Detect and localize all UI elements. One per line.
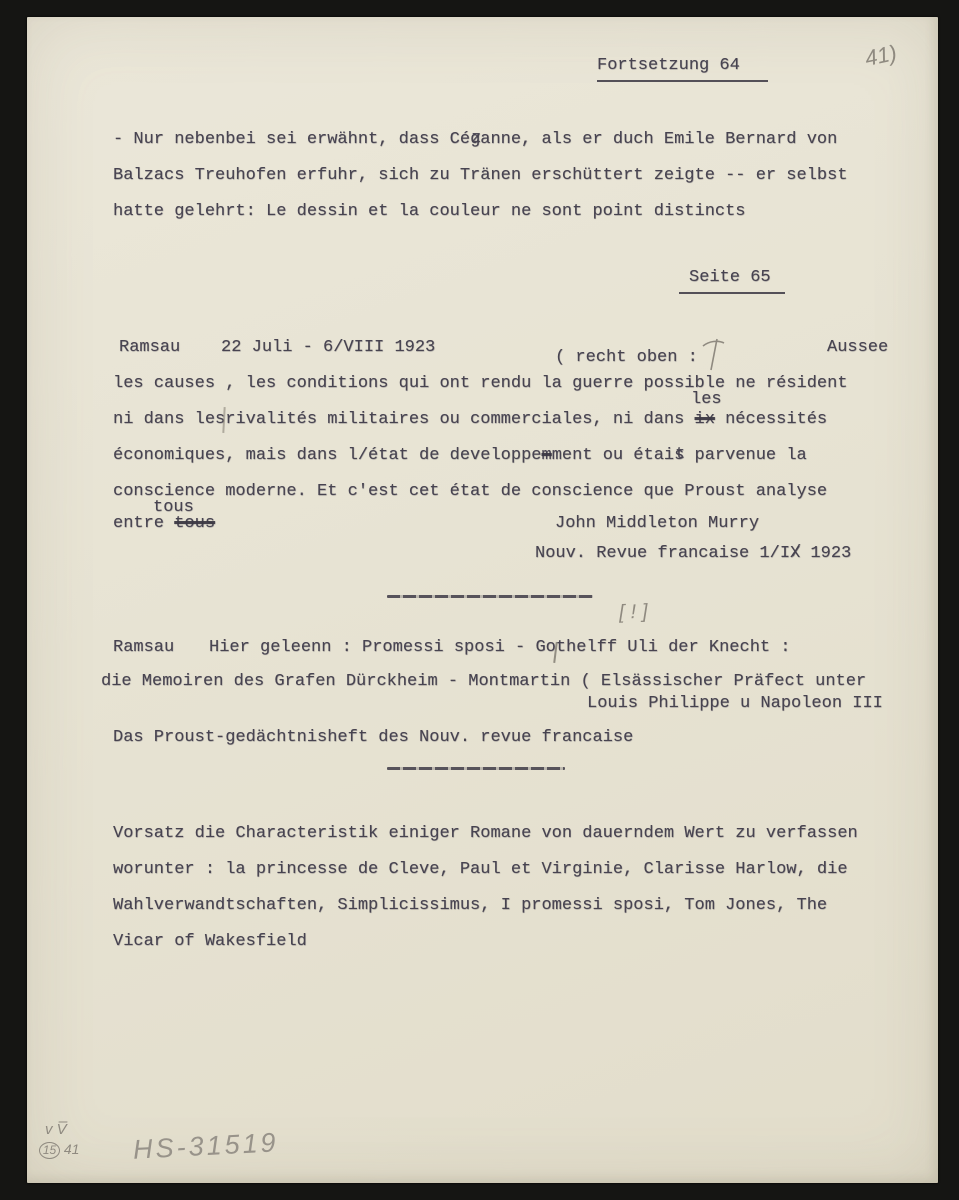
typed-segment: thelff Uli der Knecht : <box>556 638 791 657</box>
overstrike-etait: st <box>674 445 684 467</box>
typed-segment: nécessités <box>715 410 827 429</box>
pencil-shelfmark: HS-31519 <box>132 1127 279 1166</box>
pencil-volume-mark: v V̅ <box>45 1121 67 1138</box>
inserted-word-les: les <box>691 389 722 411</box>
pencil-page-number: 41) <box>863 40 900 72</box>
typed-line: économiques, mais dans l/état de develop… <box>113 445 807 467</box>
page-heading-seite: Seite 65 <box>679 267 785 294</box>
struck-text: m <box>541 446 551 465</box>
typed-segment: - Nur nebenbei sei erwähnt, dass Cé <box>113 130 470 149</box>
typed-line: Das Proust-gedächtnisheft des Nouv. revu… <box>113 727 633 749</box>
attribution-author: John Middleton Murry <box>555 513 759 535</box>
overstrike-mark: z <box>471 128 481 150</box>
entry-place-date: Ramsau 22 Juli - 6/VIII 1923 <box>119 337 435 359</box>
overstrike-mark: / <box>791 542 801 564</box>
typed-segment: Nouv. Revue francaise 1/I <box>535 544 790 563</box>
overstrike-mark: t <box>675 444 685 466</box>
typed-segment: économiques, mais dans l/état de develop… <box>113 446 541 465</box>
pencil-number: 41 <box>64 1141 80 1157</box>
typed-line: Balzacs Treuhofen erfuhr, sich zu Tränen… <box>113 165 848 187</box>
typed-segment: anne, als er duch Emile Bernard von <box>480 130 837 149</box>
document-page: Fortsetzung 64 41) - Nur nebenbei sei er… <box>27 17 938 1183</box>
attribution-source: Nouv. Revue francaise 1/IX/ 1923 <box>535 543 851 565</box>
typed-segment-aussee: Aussee <box>827 337 888 359</box>
typed-segment: ment ou étai <box>552 446 674 465</box>
typed-segment: entre <box>113 514 174 533</box>
typed-line: Hier geleenn : Promessi sposi - Gothelff… <box>209 637 791 659</box>
overstrike-cezanne: gz <box>470 129 480 151</box>
entry-place: Ramsau <box>113 637 174 659</box>
typed-line: worunter : la princesse de Cleve, Paul e… <box>113 859 848 881</box>
typed-line: ( recht oben : <box>555 337 725 371</box>
typed-line: Louis Philippe u Napoleon III <box>587 693 883 715</box>
typed-line: les causes , les conditions qui ont rend… <box>113 373 848 395</box>
typed-segment: 1923 <box>800 544 851 563</box>
typed-segment: Hier geleenn : Promessi sposi - Go <box>209 638 556 657</box>
overstrike-numeral: X/ <box>790 543 800 565</box>
typed-line: Vicar of Wakesfield <box>113 931 307 953</box>
pencil-number-group: 15 41 <box>39 1141 79 1159</box>
typed-separator <box>387 767 565 770</box>
typed-line: entre tous <box>113 513 215 535</box>
page-heading-fortsetzung: Fortsetzung 64 <box>597 55 768 82</box>
pencil-corner-mark <box>701 337 725 371</box>
pencil-exclamation-mark: [!] <box>619 600 654 624</box>
typed-line: - Nur nebenbei sei erwähnt, dass Cégzann… <box>113 129 837 151</box>
typed-segment: ni dans lesrivalités militaires ou comme… <box>113 410 695 429</box>
typed-line: ni dans lesrivalités militaires ou comme… <box>113 409 827 431</box>
typed-segment: ( recht oben : <box>555 348 698 367</box>
struck-text: tous <box>174 514 215 533</box>
struck-text: ix <box>695 410 715 429</box>
typed-line: Wahlverwandtschaften, Simplicissimus, I … <box>113 895 827 917</box>
typed-line: Vorsatz die Characteristik einiger Roman… <box>113 823 858 845</box>
typed-line: hatte gelehrt: Le dessin et la couleur n… <box>113 201 746 223</box>
typed-segment: parvenue la <box>684 446 806 465</box>
typed-line: conscience moderne. Et c'est cet état de… <box>113 481 827 503</box>
typed-line: die Memoiren des Grafen Dürckheim - Mont… <box>101 671 866 693</box>
pencil-circled-number: 15 <box>39 1142 60 1159</box>
typed-separator <box>387 595 593 598</box>
